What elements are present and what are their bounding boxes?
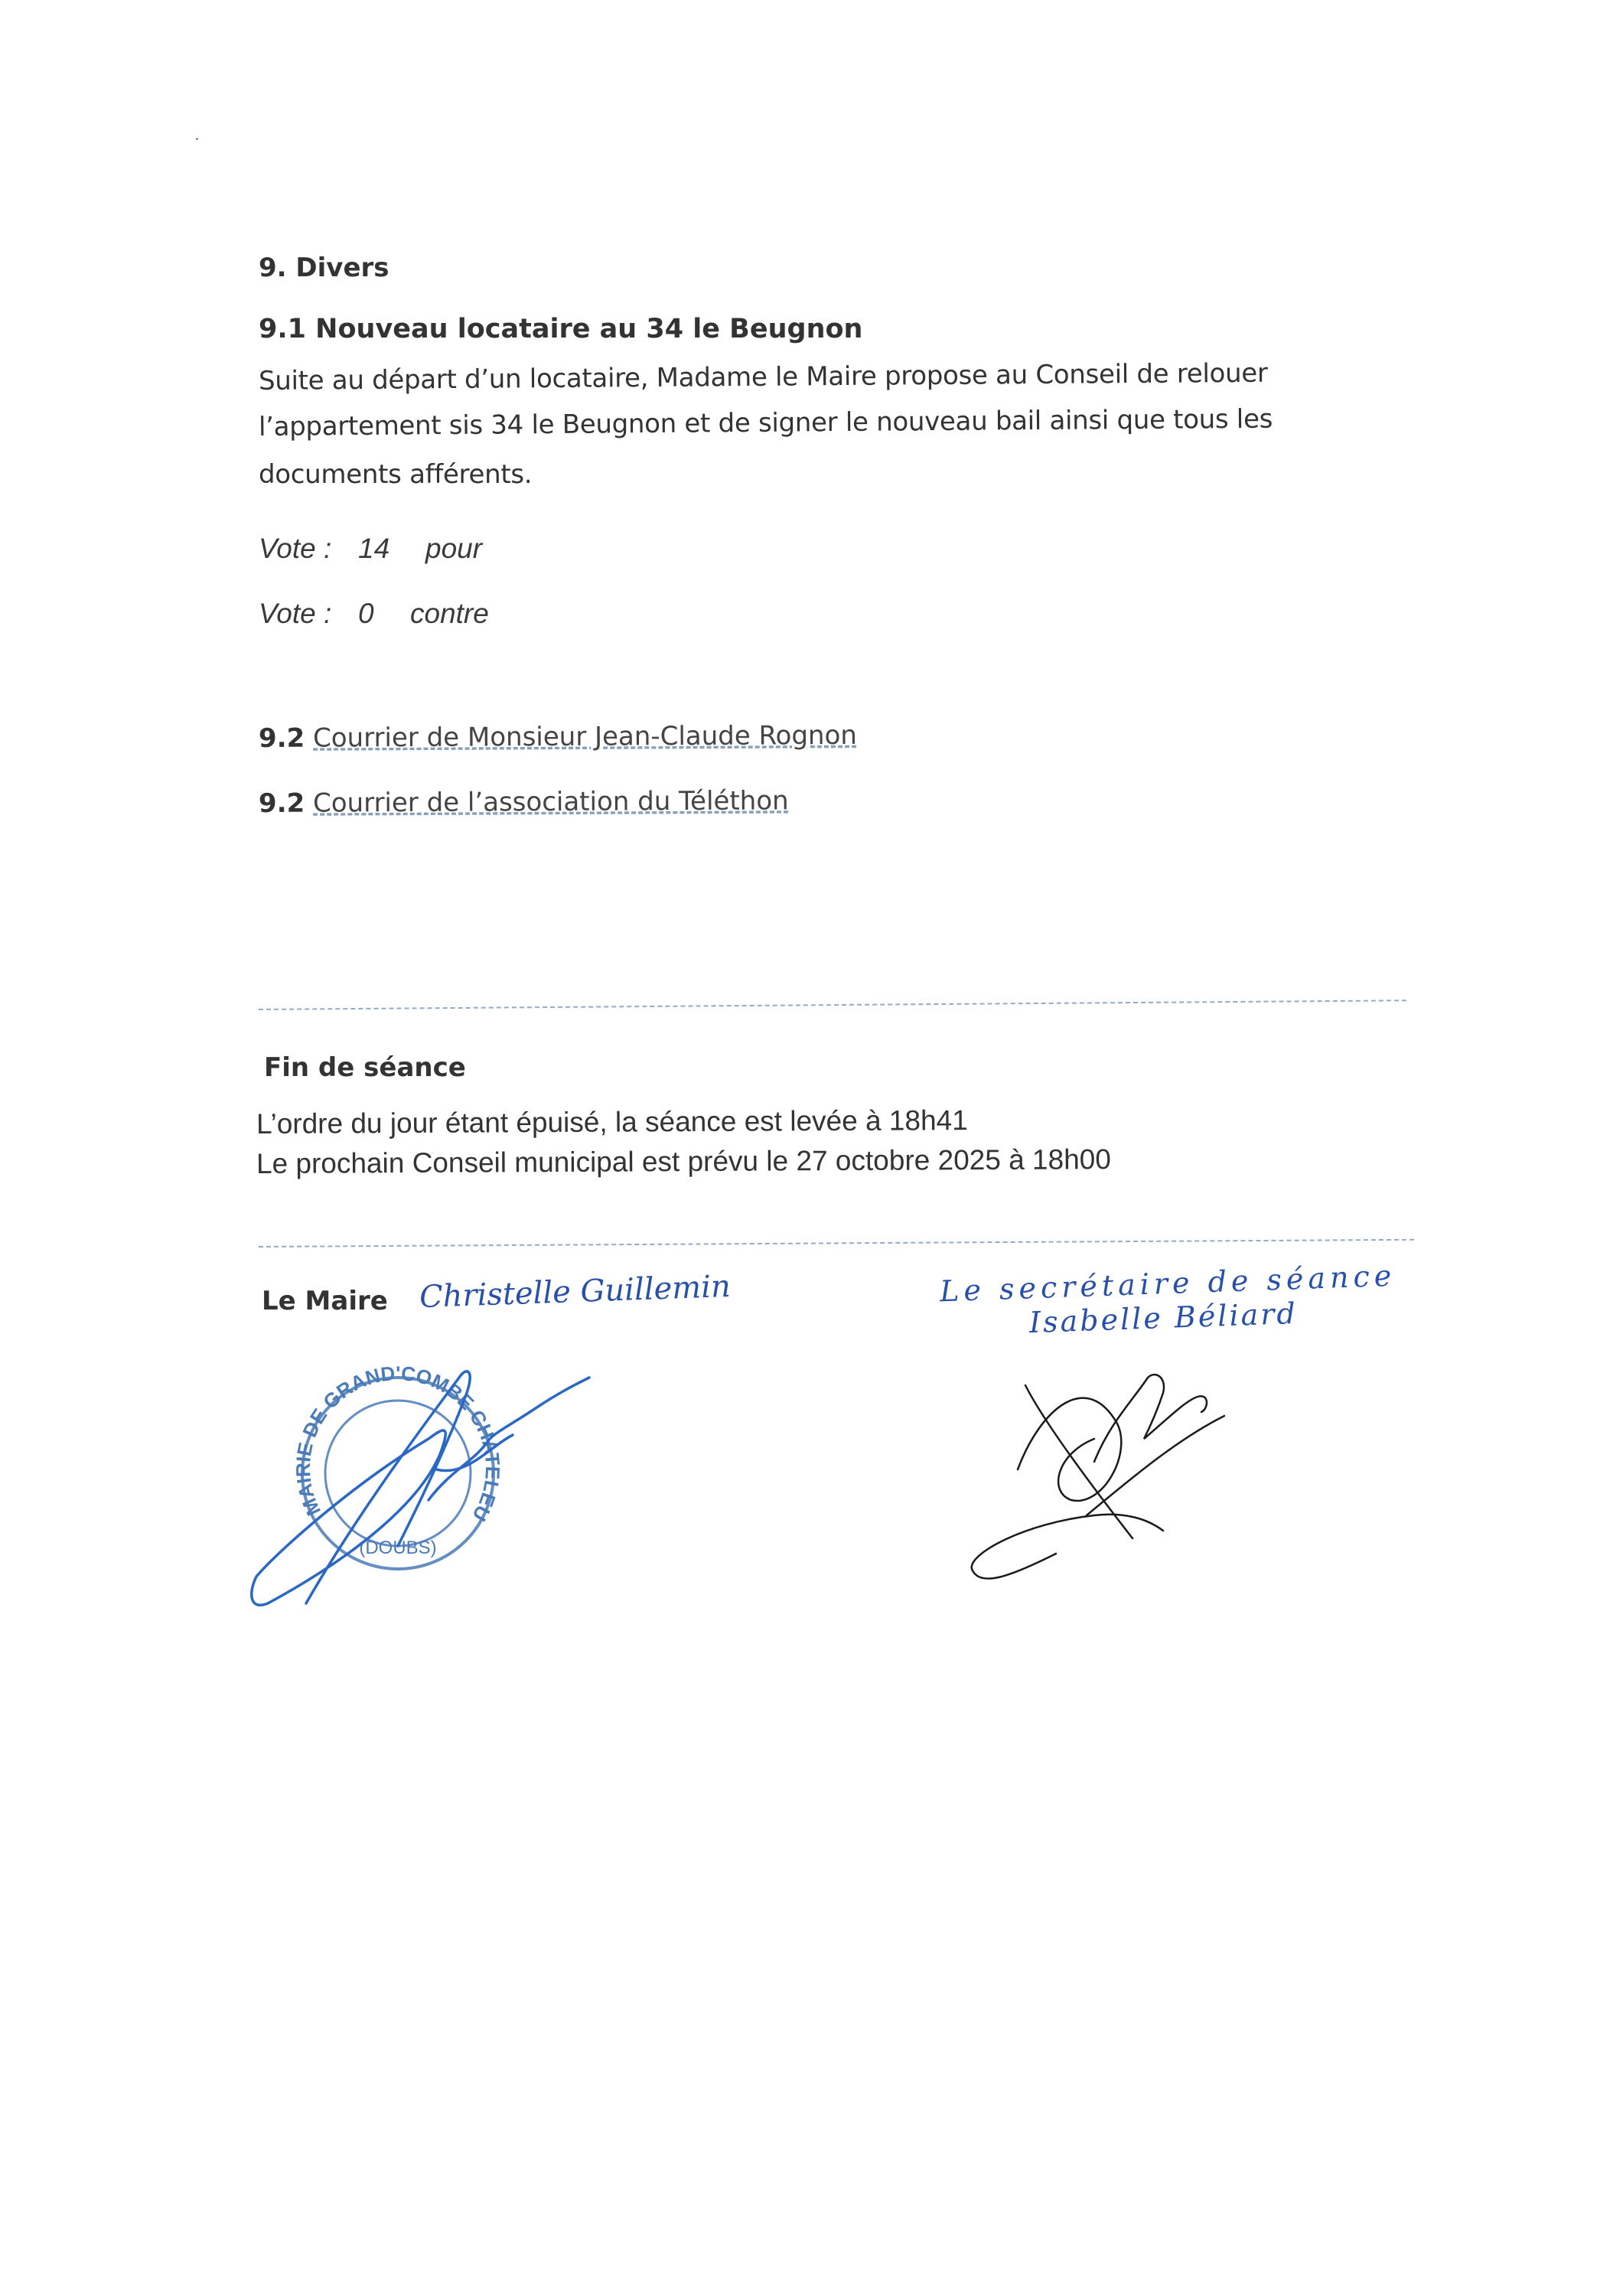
vote-label: Vote : — [259, 533, 358, 565]
vote-count: 14 — [358, 533, 425, 565]
paragraph-line: documents afférents. — [259, 459, 532, 490]
paragraph-line: l’appartement sis 34 le Beugnon et de si… — [259, 404, 1273, 442]
courrier-text: Courrier de Monsieur Jean-Claude Rognon — [313, 720, 857, 754]
courrier-number: 9.2 — [259, 723, 305, 754]
mayor-handwritten-name: Christelle Guillemin — [419, 1269, 731, 1315]
scan-speck — [196, 138, 198, 140]
section-title: 9. Divers — [259, 253, 389, 283]
secretary-signature-icon — [979, 1355, 1301, 1584]
closing-line: Le prochain Conseil municipal est prévu … — [256, 1143, 1111, 1180]
vote-label: Vote : — [259, 598, 358, 630]
stamp-text: MAIRIE DE GRAND'COMBE CHATELEU — [292, 1362, 504, 1525]
vote-type: contre — [410, 598, 489, 630]
courrier-text: Courrier de l’association du Téléthon — [313, 785, 789, 818]
closing-line: L’ordre du jour étant épuisé, la séance … — [256, 1104, 968, 1140]
courrier-item: 9.2 Courrier de l’association du Télétho… — [259, 785, 789, 819]
vote-type: pour — [425, 533, 482, 565]
item-heading: 9.1 Nouveau locataire au 34 le Beugnon — [259, 314, 862, 344]
mayor-stamp-and-signature-icon: MAIRIE DE GRAND'COMBE CHATELEU (DOUBS) — [245, 1347, 627, 1623]
vote-for: Vote :14pour — [259, 533, 482, 565]
paragraph-line: Suite au départ d’un locataire, Madame l… — [259, 358, 1268, 396]
closing-title: Fin de séance — [264, 1052, 466, 1083]
stamp-subtext: (DOUBS) — [359, 1538, 436, 1558]
separator-rule — [259, 1239, 1414, 1247]
separator-rule — [259, 1000, 1406, 1010]
vote-count: 0 — [358, 598, 410, 630]
vote-against: Vote :0contre — [259, 598, 489, 630]
courrier-item: 9.2 Courrier de Monsieur Jean-Claude Rog… — [259, 720, 857, 754]
courrier-number: 9.2 — [259, 788, 305, 819]
svg-text:MAIRIE DE GRAND'COMBE CHATELEU: MAIRIE DE GRAND'COMBE CHATELEU — [292, 1362, 504, 1525]
mayor-label: Le Maire — [262, 1286, 388, 1316]
